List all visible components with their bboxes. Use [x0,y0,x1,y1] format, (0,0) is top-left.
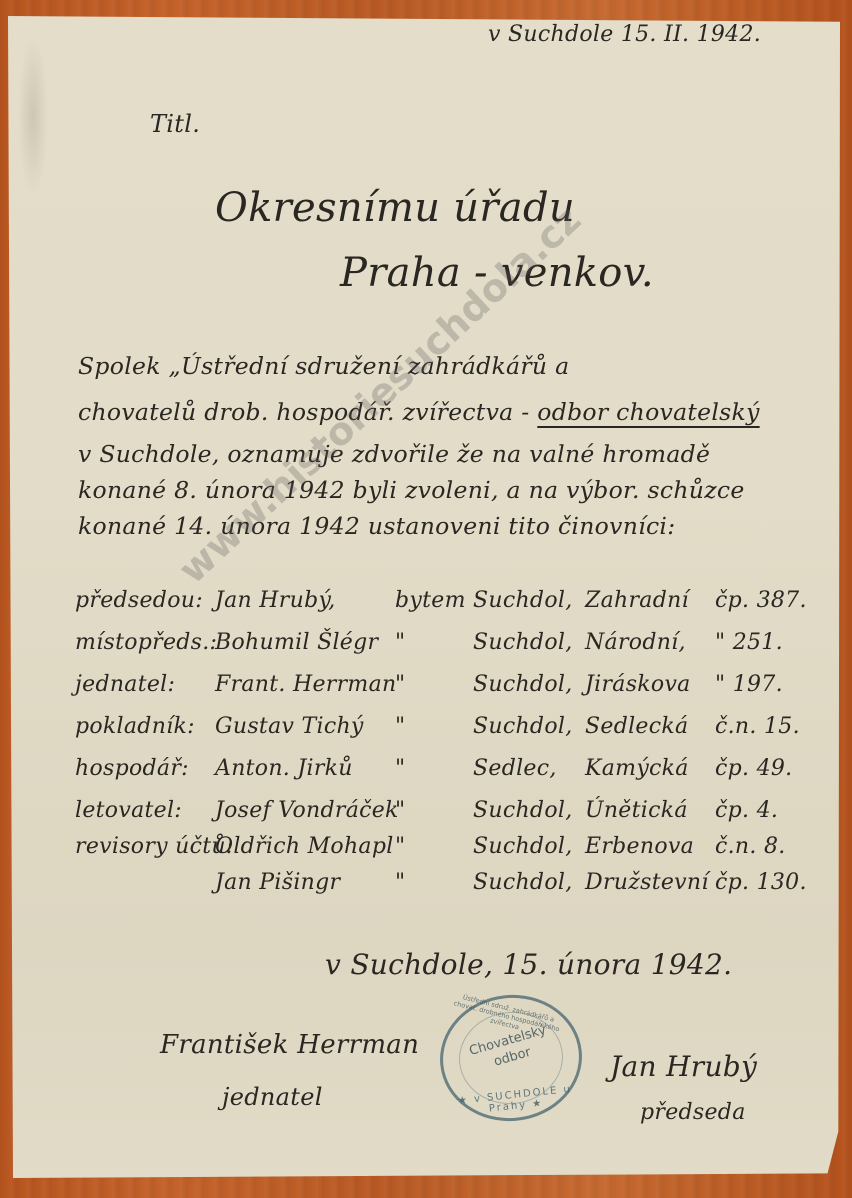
officer-ditto: " [395,798,405,823]
officer-name: Oldřich Mohapl [215,834,394,859]
officer-role: hospodář: [75,756,189,781]
officer-ditto: " [395,870,405,895]
officer-town: Suchdol, [473,588,573,613]
officer-row: jednatel: Frant. Herrman " Suchdol, Jirá… [75,672,815,706]
officer-row: místopředs.: Bohumil Šlégr " Suchdol, Ná… [75,630,815,664]
officer-house-number: čp. 49. [715,756,792,781]
officer-street: Jiráskova [585,672,691,697]
officer-row: revisory účtů: Oldřich Mohapl " Suchdol,… [75,834,815,868]
officer-name: Jan Hrubý, [215,588,336,613]
paper-stain [18,36,48,196]
officer-role: místopředs.: [75,630,217,655]
officer-town: Suchdol, [473,714,573,739]
place-and-date: v Suchdole, 15. února 1942. [325,948,732,981]
officer-name: Gustav Tichý [215,714,364,739]
officer-role: pokladník: [75,714,195,739]
officer-house-number: " 251. [715,630,783,655]
officer-house-number: čp. 4. [715,798,778,823]
officer-street: Únětická [585,798,688,823]
officer-role: revisory účtů: [75,834,234,859]
officer-row: pokladník: Gustav Tichý " Suchdol, Sedle… [75,714,815,748]
signature-chairman-role: předseda [640,1100,746,1125]
body-line-3: v Suchdole, oznamuje zdvořile že na valn… [78,440,710,468]
officer-name: Bohumil Šlégr [215,630,378,655]
officer-town: Suchdol, [473,798,573,823]
officer-street: Zahradní [585,588,689,613]
officer-town: Suchdol, [473,630,573,655]
body-underlined-phrase: odbor chovatelský [537,398,759,426]
signature-chairman-name: Jan Hrubý [610,1050,757,1083]
officer-role: letovatel: [75,798,182,823]
officer-house-number: " 197. [715,672,783,697]
officer-ditto: bytem [395,588,466,613]
officer-row: hospodář: Anton. Jirků " Sedlec, Kamýcká… [75,756,815,790]
body-line-1: Spolek „Ústřední sdružení zahrádkářů a [78,352,569,380]
officer-house-number: č.n. 15. [715,714,800,739]
officer-house-number: čp. 387. [715,588,807,613]
body-line-5: konané 14. února 1942 ustanoveni tito či… [78,512,675,540]
officer-house-number: čp. 130. [715,870,807,895]
officer-street: Erbenova [585,834,694,859]
officer-ditto: " [395,630,405,655]
officer-town: Suchdol, [473,672,573,697]
officer-town: Suchdol, [473,870,573,895]
officer-street: Sedlecká [585,714,688,739]
signature-secretary-role: jednatel [222,1083,323,1111]
body-line-4: konané 8. února 1942 byli zvoleni, a na … [78,476,745,504]
officer-ditto: " [395,714,405,739]
officer-name: Jan Pišingr [215,870,340,895]
officer-street: Družstevní [585,870,709,895]
addressee-line-1: Okresnímu úřadu [215,185,575,231]
officer-row: letovatel: Josef Vondráček " Suchdol, Ún… [75,798,815,832]
document-date: v Suchdole 15. II. 1942. [488,22,761,47]
salutation: Titl. [150,110,200,138]
body-line-2-text: chovatelů drob. hospodář. zvířectva - [78,398,537,426]
officer-name: Anton. Jirků [215,756,353,781]
officer-street: Kamýcká [585,756,689,781]
body-line-2: chovatelů drob. hospodář. zvířectva - od… [78,398,760,426]
officer-ditto: " [395,834,405,859]
officer-role: předsedou: [75,588,203,613]
officer-town: Sedlec, [473,756,557,781]
officer-name: Frant. Herrman [215,672,396,697]
officer-ditto: " [395,756,405,781]
officer-house-number: č.n. 8. [715,834,786,859]
officer-ditto: " [395,672,405,697]
signature-secretary-name: František Herrman [160,1030,419,1060]
officer-street: Národní, [585,630,686,655]
officer-town: Suchdol, [473,834,573,859]
officer-role: jednatel: [75,672,175,697]
officer-row: předsedou: Jan Hrubý, bytem Suchdol, Zah… [75,588,815,622]
officer-name: Josef Vondráček [215,798,399,823]
officer-row: Jan Pišingr " Suchdol, Družstevní čp. 13… [75,870,815,904]
